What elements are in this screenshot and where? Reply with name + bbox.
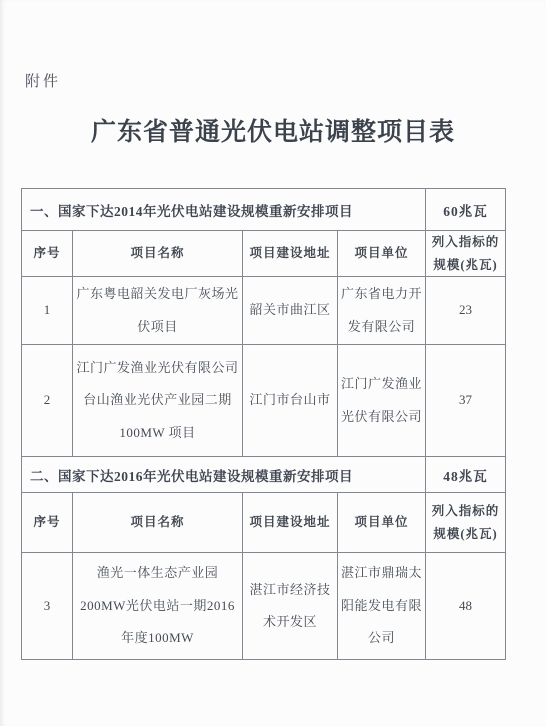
col-header-no: 序号	[22, 493, 73, 553]
section-2-heading-row: 二、国家下达2016年光伏电站建设规模重新安排项目 48兆瓦	[22, 457, 506, 493]
section-1-heading: 一、国家下达2014年光伏电站建设规模重新安排项目	[22, 189, 426, 231]
table-row: 2 江门广发渔业光伏有限公司台山渔业光伏产业园二期100MW 项目 江门市台山市…	[22, 345, 506, 457]
section-1-header-row: 序号 项目名称 项目建设地址 项目单位 列入指标的规模(兆瓦)	[22, 231, 506, 277]
cell-unit: 湛江市鼎瑞太阳能发电有限公司	[338, 553, 426, 660]
col-header-no: 序号	[22, 231, 73, 277]
section-1-heading-row: 一、国家下达2014年光伏电站建设规模重新安排项目 60兆瓦	[22, 189, 506, 231]
col-header-unit: 项目单位	[338, 231, 426, 277]
table-row: 1 广东粤电韶关发电厂灰场光伏项目 韶关市曲江区 广东省电力开发有限公司 23	[22, 277, 506, 345]
section-2-heading: 二、国家下达2016年光伏电站建设规模重新安排项目	[22, 457, 426, 493]
cell-no: 2	[22, 345, 73, 457]
cell-unit: 广东省电力开发有限公司	[338, 277, 426, 345]
col-header-project-name: 项目名称	[73, 231, 243, 277]
cell-no: 3	[22, 553, 73, 660]
cell-address: 湛江市经济技术开发区	[243, 553, 338, 660]
cell-address: 韶关市曲江区	[243, 277, 338, 345]
cell-scale: 23	[426, 277, 506, 345]
col-header-address: 项目建设地址	[243, 231, 338, 277]
section-2-header-row: 序号 项目名称 项目建设地址 项目单位 列入指标的规模(兆瓦)	[22, 493, 506, 553]
section-2-total: 48兆瓦	[426, 457, 506, 493]
page-title: 广东省普通光伏电站调整项目表	[0, 112, 546, 148]
cell-scale: 37	[426, 345, 506, 457]
cell-project-name: 江门广发渔业光伏有限公司台山渔业光伏产业园二期100MW 项目	[73, 345, 243, 457]
project-table: 一、国家下达2014年光伏电站建设规模重新安排项目 60兆瓦 序号 项目名称 项…	[21, 188, 506, 660]
col-header-scale: 列入指标的规模(兆瓦)	[426, 493, 506, 553]
attachment-label: 附件	[25, 70, 61, 91]
col-header-scale: 列入指标的规模(兆瓦)	[426, 231, 506, 277]
cell-project-name: 广东粤电韶关发电厂灰场光伏项目	[73, 277, 243, 345]
cell-scale: 48	[426, 553, 506, 660]
document-page: 附件 广东省普通光伏电站调整项目表 一、国家下达2014年光伏电站建设规模重新安…	[0, 0, 546, 726]
cell-no: 1	[22, 277, 73, 345]
cell-unit: 江门广发渔业光伏有限公司	[338, 345, 426, 457]
col-header-project-name: 项目名称	[73, 493, 243, 553]
section-1-total: 60兆瓦	[426, 189, 506, 231]
col-header-unit: 项目单位	[338, 493, 426, 553]
table-row: 3 渔光一体生态产业园200MW光伏电站一期2016年度100MW 湛江市经济技…	[22, 553, 506, 660]
cell-project-name: 渔光一体生态产业园200MW光伏电站一期2016年度100MW	[73, 553, 243, 660]
col-header-address: 项目建设地址	[243, 493, 338, 553]
cell-address: 江门市台山市	[243, 345, 338, 457]
